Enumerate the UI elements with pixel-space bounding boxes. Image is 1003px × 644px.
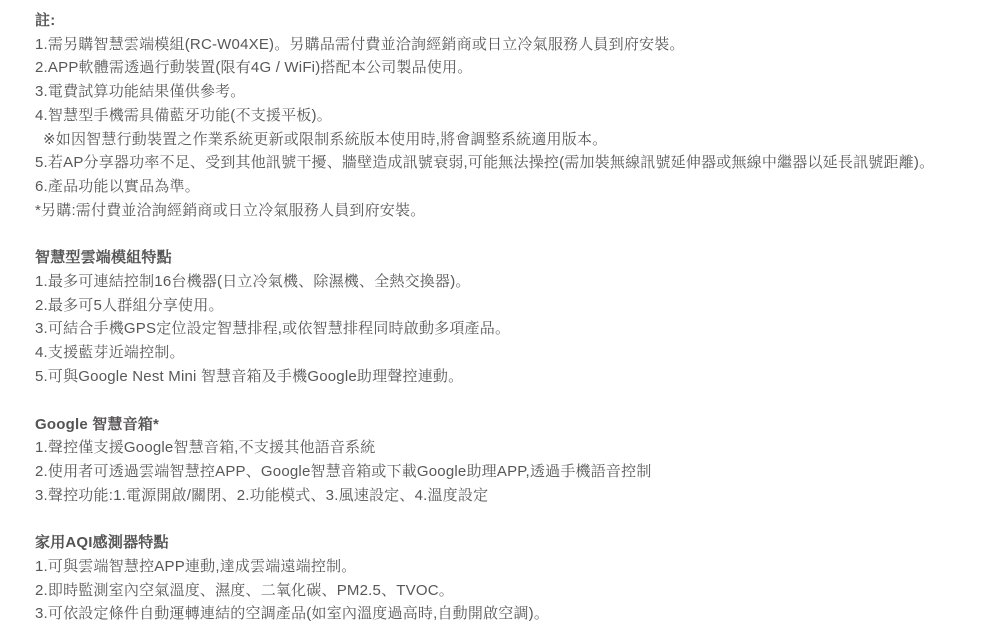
section-google-speaker-heading: Google 智慧音箱* [35, 413, 993, 437]
note-line-footnote: *另購:需付費並洽詢經銷商或日立冷氣服務人員到府安裝。 [35, 199, 993, 223]
section-cloud-module-features: 智慧型雲端模組特點 1.最多可連結控制16台機器(日立冷氣機、除濕機、全熱交換器… [35, 246, 993, 388]
feature-line: 5.可與Google Nest Mini 智慧音箱及手機Google助理聲控連動… [35, 365, 993, 389]
feature-line: 2.即時監測室內空氣溫度、濕度、二氧化碳、PM2.5、TVOC。 [35, 579, 993, 603]
feature-line: 4.支援藍芽近端控制。 [35, 341, 993, 365]
note-line-remark: ※如因智慧行動裝置之作業系統更新或限制系統版本使用時,將會調整系統適用版本。 [35, 128, 993, 152]
section-cloud-module-heading: 智慧型雲端模組特點 [35, 246, 993, 270]
feature-line: 1.最多可連結控制16台機器(日立冷氣機、除濕機、全熱交換器)。 [35, 270, 993, 294]
section-notes: 註: 1.需另購智慧雲端模組(RC-W04XE)。另購品需付費並洽詢經銷商或日立… [35, 9, 993, 222]
section-notes-heading: 註: [35, 9, 993, 33]
section-aqi-sensor-heading: 家用AQI感測器特點 [35, 531, 993, 555]
note-line: 4.智慧型手機需具備藍牙功能(不支援平板)。 [35, 104, 993, 128]
note-line: 3.電費試算功能結果僅供參考。 [35, 80, 993, 104]
feature-line: 1.可與雲端智慧控APP連動,達成雲端遠端控制。 [35, 555, 993, 579]
section-aqi-sensor-features: 家用AQI感測器特點 1.可與雲端智慧控APP連動,達成雲端遠端控制。 2.即時… [35, 531, 993, 626]
section-google-speaker: Google 智慧音箱* 1.聲控僅支援Google智慧音箱,不支援其他語音系統… [35, 413, 993, 508]
note-line: 6.產品功能以實品為準。 [35, 175, 993, 199]
notes-page: 註: 1.需另購智慧雲端模組(RC-W04XE)。另購品需付費並洽詢經銷商或日立… [0, 0, 1003, 644]
feature-line: 1.聲控僅支援Google智慧音箱,不支援其他語音系統 [35, 436, 993, 460]
feature-line: 2.最多可5人群組分享使用。 [35, 294, 993, 318]
feature-line: 3.可結合手機GPS定位設定智慧排程,或依智慧排程同時啟動多項產品。 [35, 317, 993, 341]
feature-line: 3.可依設定條件自動運轉連結的空調產品(如室內溫度過高時,自動開啟空調)。 [35, 602, 993, 626]
note-line: 5.若AP分享器功率不足、受到其他訊號干擾、牆壁造成訊號衰弱,可能無法操控(需加… [35, 151, 993, 175]
note-line: 1.需另購智慧雲端模組(RC-W04XE)。另購品需付費並洽詢經銷商或日立冷氣服… [35, 33, 993, 57]
notes-document: 註: 1.需另購智慧雲端模組(RC-W04XE)。另購品需付費並洽詢經銷商或日立… [35, 9, 993, 626]
note-line: 2.APP軟體需透過行動裝置(限有4G / WiFi)搭配本公司製品使用。 [35, 56, 993, 80]
feature-line: 2.使用者可透過雲端智慧控APP、Google智慧音箱或下載Google助理AP… [35, 460, 993, 484]
feature-line: 3.聲控功能:1.電源開啟/關閉、2.功能模式、3.風速設定、4.溫度設定 [35, 484, 993, 508]
